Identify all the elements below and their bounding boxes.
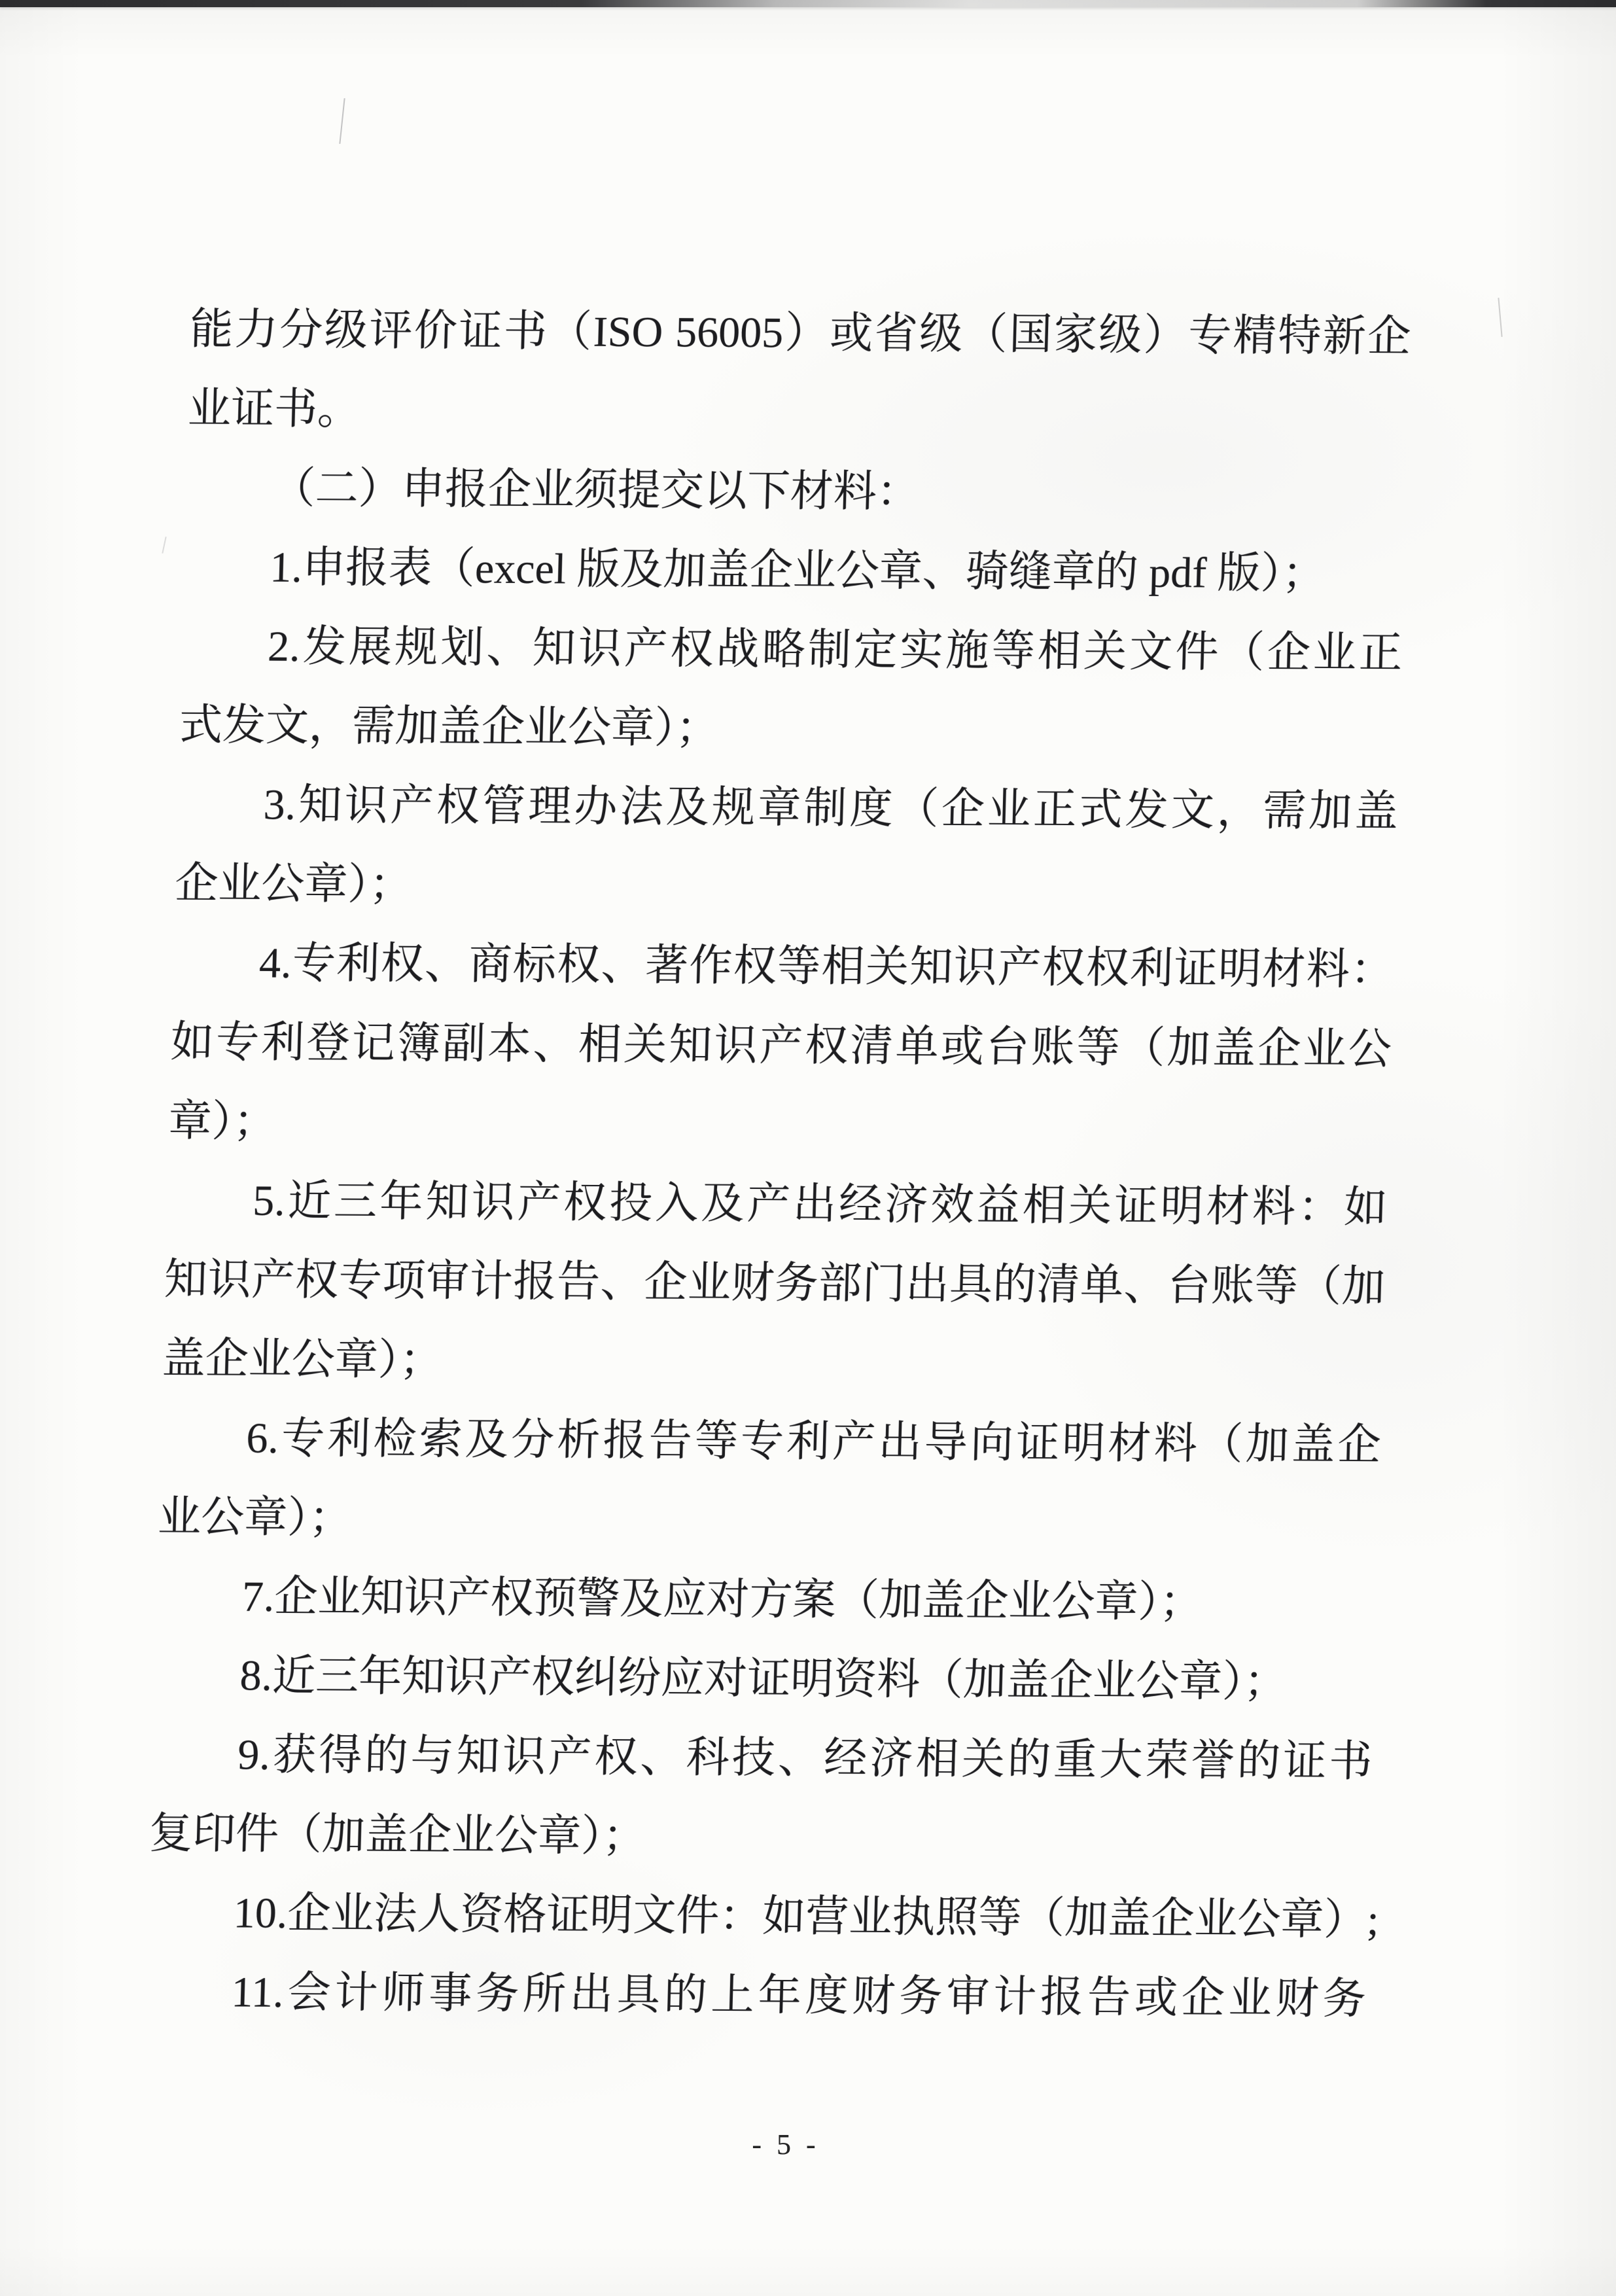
scan-hairline-artifact xyxy=(162,537,166,554)
text-line: 8.近三年知识产权纠纷应对证明资料（加盖企业公章）； xyxy=(152,1636,1375,1722)
text-line: 章）； xyxy=(167,1082,1390,1168)
text-line: 知识产权专项审计报告、企业财务部门出具的清单、台账等（加 xyxy=(163,1240,1386,1326)
page-number: - 5 - xyxy=(0,2128,1594,2161)
text-line: 7.企业知识产权预警及应对方案（加盖企业公章）； xyxy=(154,1557,1377,1643)
text-line: 10.企业法人资格证明文件：如营业执照等（加盖企业公章）; xyxy=(146,1873,1369,1960)
text-line: 企业公章）； xyxy=(174,844,1397,930)
text-line: 1.申报表（excel 版及加盖企业公章、骑缝章的 pdf 版）； xyxy=(183,527,1405,614)
text-line: 业证书。 xyxy=(186,369,1409,455)
text-line: 6.专利检索及分析报告等专利产出导向证明材料（加盖企 xyxy=(159,1398,1382,1485)
text-line: 3.知识产权管理办法及规章制度（企业正式发文，需加盖 xyxy=(176,765,1399,851)
scanner-edge-artifact xyxy=(0,0,1616,7)
text-line: 9.获得的与知识产权、科技、经济相关的重大荣誉的证书 xyxy=(150,1715,1373,1801)
scan-hairline-artifact xyxy=(339,98,345,144)
text-line: 能力分级评价证书（ISO 56005）或省级（国家级）专精特新企 xyxy=(189,290,1412,376)
text-line: 4.专利权、商标权、著作权等相关知识产权权利证明材料： xyxy=(172,923,1395,1010)
text-line: 如专利登记簿副本、相关知识产权清单或台账等（加盖企业公 xyxy=(169,1002,1392,1089)
document-body: 能力分级评价证书（ISO 56005）或省级（国家级）专精特新企业证书。（二）申… xyxy=(144,290,1412,2039)
text-line: 11.会计师事务所出具的上年度财务审计报告或企业财务 xyxy=(144,1952,1367,2039)
text-line: 2.发展规划、知识产权战略制定实施等相关文件（企业正 xyxy=(181,607,1403,693)
text-line: 业公章）； xyxy=(157,1477,1380,1564)
text-line: 盖企业公章）； xyxy=(161,1319,1384,1405)
text-line: 式发文，需加盖企业公章）； xyxy=(178,686,1401,772)
text-line: 5.近三年知识产权投入及产出经济效益相关证明材料：如 xyxy=(166,1161,1388,1247)
text-line: 复印件（加盖企业公章）； xyxy=(149,1794,1371,1881)
text-line: （二）申报企业须提交以下材料： xyxy=(184,448,1407,535)
scan-hairline-artifact xyxy=(1498,298,1502,337)
